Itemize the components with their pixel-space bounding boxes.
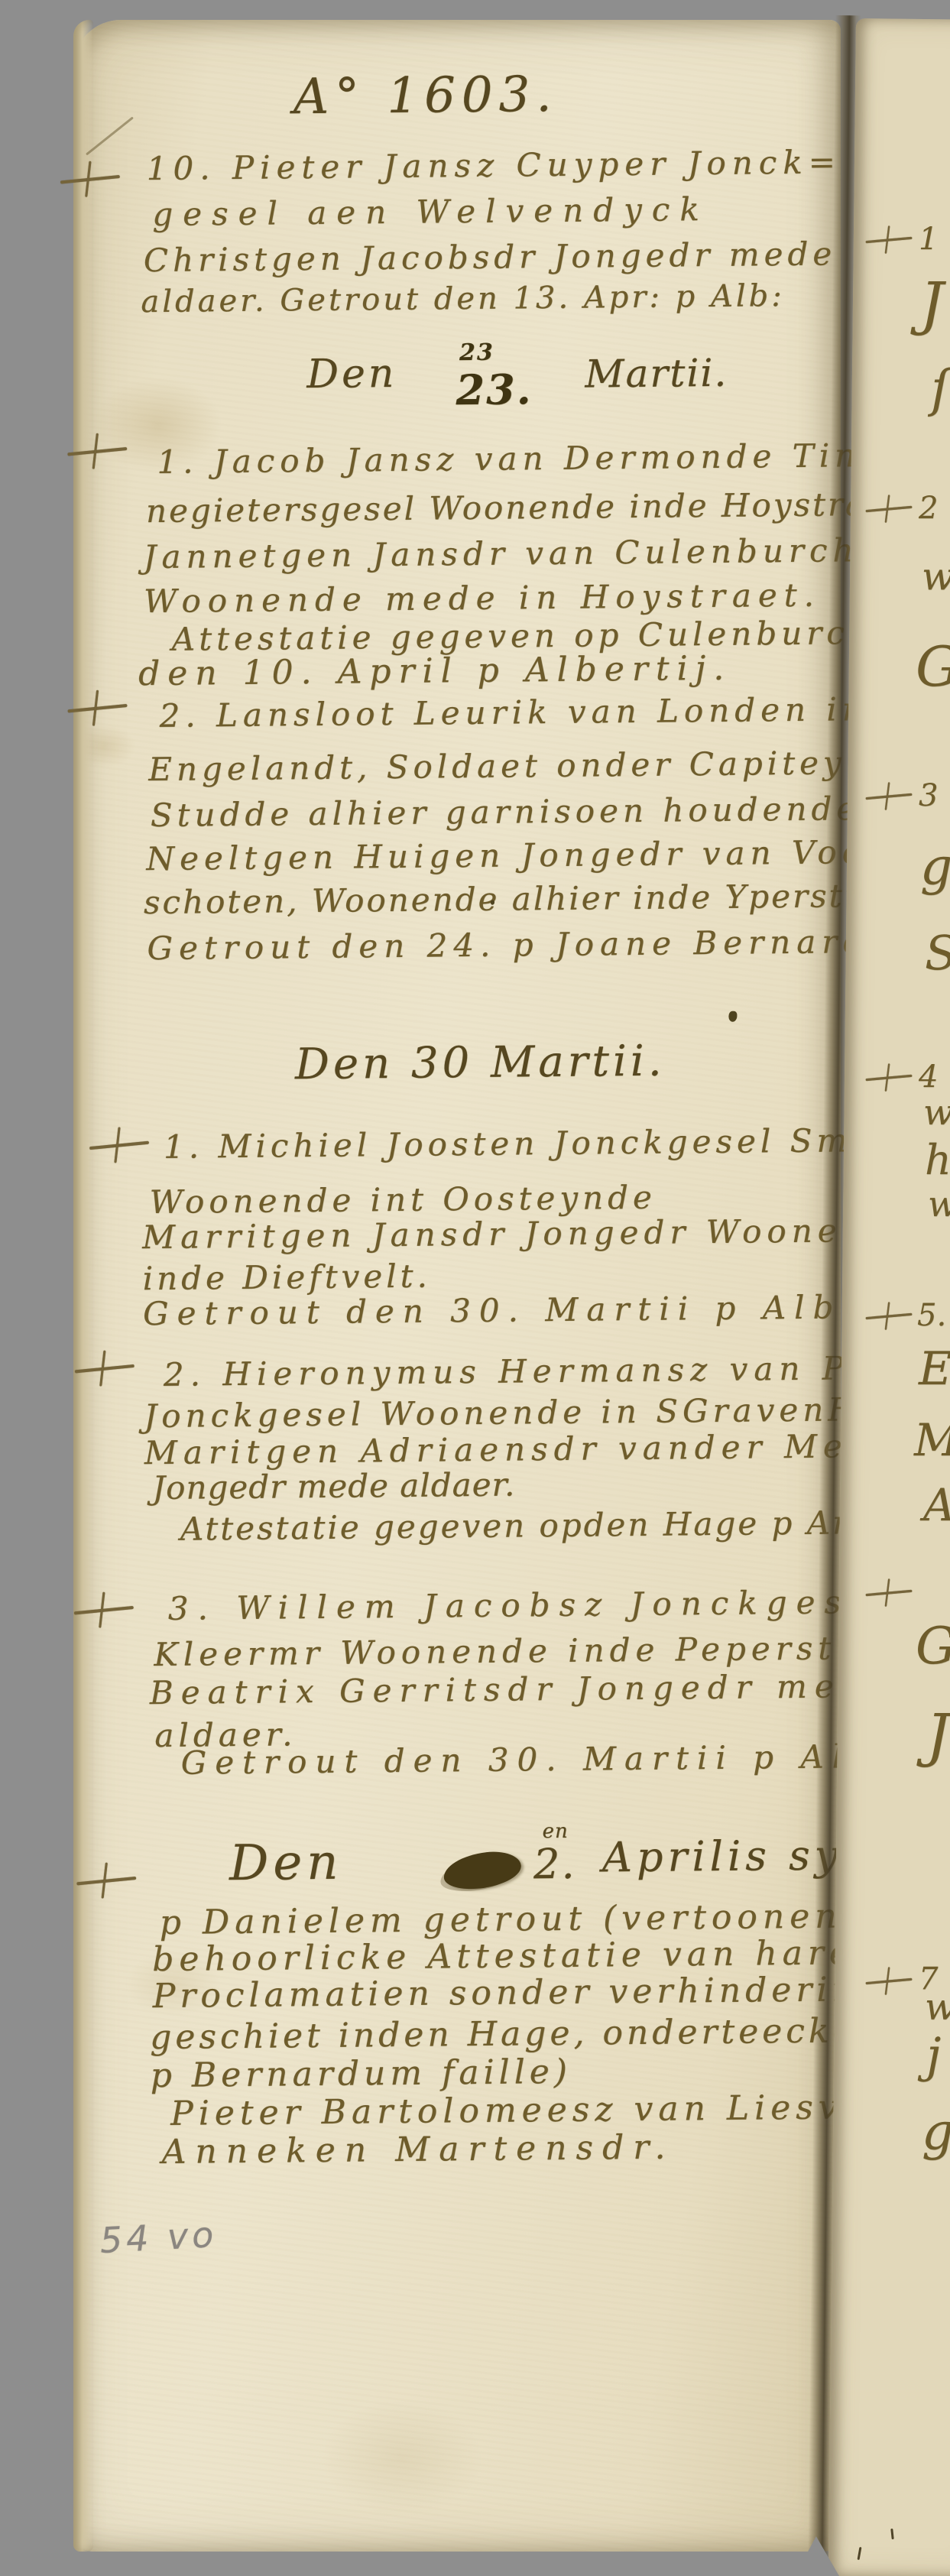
manuscript-line: Engelandt, Soldaet onder Capiteyn xyxy=(148,744,871,788)
margin-cross-icon xyxy=(67,436,127,467)
flourish-fragment: G xyxy=(916,1617,950,1676)
manuscript-line: Getrout den 30. Martii p Alb. xyxy=(143,1288,861,1332)
manuscript-line: Neeltgen Huigen Jongedr van Voor= xyxy=(146,832,919,878)
scratch-mark xyxy=(86,116,134,155)
margin-cross-icon xyxy=(89,1130,149,1161)
manuscript-scan: A° 1603. 10. Pieter Jansz Cuyper Jonck= … xyxy=(0,0,950,2576)
manuscript-line: Jongedr mede aldaer. xyxy=(152,1465,516,1507)
flourish-fragment: g xyxy=(920,837,950,896)
margin-cross-icon xyxy=(60,164,120,195)
flourish-fragment: w xyxy=(925,1986,950,2029)
manuscript-line: negietersgesel Woonende inde Hoystraet xyxy=(146,485,903,530)
date-heading-aprilis-den: Den xyxy=(229,1835,343,1892)
flourish-fragment: M xyxy=(914,1414,950,1466)
flourish-fragment: w xyxy=(928,1183,950,1225)
manuscript-line: 1. Michiel Joosten Jonckgesel Smit xyxy=(164,1121,884,1166)
manuscript-line: Kleermr Woonende inde Peperstraet xyxy=(154,1628,924,1673)
entry-number-fragment: 5. xyxy=(917,1298,946,1333)
margin-cross-icon xyxy=(74,1595,134,1626)
flourish-fragment: w xyxy=(923,1092,950,1133)
manuscript-line: 10. Pieter Jansz Cuyper Jonck= xyxy=(147,143,842,187)
flourish-fragment: ſ xyxy=(931,359,949,418)
date-heading-23-martii-den: Den xyxy=(306,351,397,397)
manuscript-line: Getrout den 30. Martii p Alb. xyxy=(181,1737,899,1782)
folio-number-pencil: 54 vo xyxy=(99,2214,218,2261)
manuscript-line: 2. Hieronymus Hermansz van Peel xyxy=(164,1348,916,1393)
margin-cross-icon xyxy=(76,1865,136,1896)
margin-cross-icon xyxy=(866,1969,913,1993)
flourish-fragment: S xyxy=(925,925,950,981)
margin-cross-icon xyxy=(866,1066,913,1089)
flourish-fragment: j xyxy=(926,2027,941,2083)
manuscript-line: schoten, Woonende alhier inde Yperstraet xyxy=(144,876,920,921)
manuscript-line: Christgen Jacobsdr Jongedr mede xyxy=(144,235,837,279)
margin-cross-icon xyxy=(866,784,913,808)
flourish-fragment: A xyxy=(923,1479,950,1531)
date-heading-aprilis-sup: en xyxy=(543,1820,569,1843)
date-heading-aprilis-day: 2. xyxy=(533,1840,576,1889)
manuscript-line: Marritgen Jansdr Jongedr Woonen xyxy=(142,1212,868,1256)
manuscript-line: gesel aen Welvendyck xyxy=(152,190,709,233)
flourish-fragment: h xyxy=(925,1136,950,1184)
manuscript-line: Studde alhier garnisoen houdende xyxy=(151,790,861,834)
date-heading-30-martii: Den 30 Martii. xyxy=(295,1037,666,1090)
manuscript-line: 2. Lansloot Leurik van Londen in xyxy=(159,690,868,735)
margin-cross-icon xyxy=(866,1304,913,1328)
flourish-fragment: G xyxy=(916,634,950,699)
manuscript-line: Pieter Bartolomeesz van Liesvelt xyxy=(170,2088,903,2133)
ink-speck xyxy=(728,1011,737,1022)
date-heading-23-martii-day: 23. xyxy=(456,365,533,414)
manuscript-line: aldaer. Getrout den 13. Apr: p Alb: xyxy=(141,278,785,320)
date-heading-23-martii-month: Martii. xyxy=(585,351,728,397)
manuscript-line: 1. Jacob Jansz van Dermonde Tin= xyxy=(157,436,893,481)
entry-number-fragment: 3 xyxy=(919,778,938,813)
entry-number-fragment: 2 xyxy=(919,491,938,526)
manuscript-line: den 10. April p Albertij. xyxy=(138,649,732,693)
handwriting-layer: A° 1603. 10. Pieter Jansz Cuyper Jonck= … xyxy=(0,0,950,2576)
manuscript-line: Anneken Martensdr. xyxy=(161,2128,674,2172)
margin-cross-icon xyxy=(866,497,913,521)
flourish-fragment: J xyxy=(926,1701,949,1769)
manuscript-line: inde Dieftvelt. xyxy=(142,1257,431,1298)
manuscript-line: Jannetgen Jansdr van Culenburch xyxy=(143,531,858,576)
flourish-fragment: w xyxy=(922,554,950,599)
entry-number-fragment: 4 xyxy=(919,1059,938,1095)
manuscript-line: 3. Willem Jacobsz Jonckgesel xyxy=(168,1583,898,1627)
year-heading: A° 1603. xyxy=(293,67,557,125)
flourish-fragment: E xyxy=(919,1342,950,1396)
manuscript-line: Beatrix Gerritsdr Jongedr mede xyxy=(150,1667,897,1711)
manuscript-line: Attestatie gegeven opden Hage p Arnol. xyxy=(180,1503,920,1547)
manuscript-line: Woonende mede in Hoystraet. xyxy=(144,576,821,621)
manuscript-line: p Bernardum faille) xyxy=(150,2052,572,2095)
flourish-fragment: g xyxy=(922,2102,950,2161)
manuscript-line: geschiet inden Hage, onderteeckent xyxy=(150,2011,900,2057)
margin-cross-icon xyxy=(866,228,913,251)
day-correction-superscript: 23 xyxy=(459,339,494,366)
entry-number-fragment: 1 xyxy=(919,222,938,257)
flourish-fragment: J xyxy=(920,269,943,337)
margin-cross-icon xyxy=(67,693,127,724)
margin-cross-icon xyxy=(866,1581,913,1604)
ink-blot xyxy=(442,1848,524,1892)
manuscript-line: Getrout den 24. p Joane Bernardi. xyxy=(147,923,903,967)
manuscript-line: Proclamatien sonder verhinderinge xyxy=(152,1970,909,2016)
margin-cross-icon xyxy=(75,1353,135,1384)
